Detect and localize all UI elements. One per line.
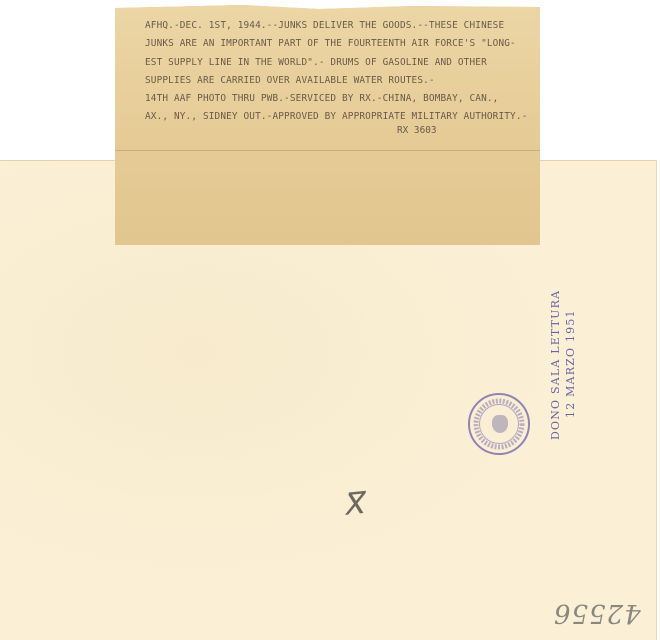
donation-stamp-line1: DONO SALA LETTURA — [548, 290, 563, 440]
pencil-mark: ⴳ — [341, 486, 365, 523]
round-seal-stamp — [468, 393, 530, 455]
caption-line-5: 14th AAF PHOTO THRU PWB.-SERVICED BY RX.… — [145, 93, 498, 104]
caption-line-1: AFHQ.-DEC. 1st, 1944.--JUNKS DELIVER THE… — [145, 20, 504, 31]
caption-line-6: AX., NY., SIDNEY OUT.-APPROVED BY APPROP… — [145, 111, 527, 122]
caption-line-3: EST SUPPLY LINE IN THE WORLD".- DRUMS OF… — [145, 57, 487, 68]
caption-reference: RX 3603 — [397, 125, 437, 136]
donation-stamp-line2: 12 MARZO 1951 — [563, 290, 578, 440]
caption-slip: AFHQ.-DEC. 1st, 1944.--JUNKS DELIVER THE… — [115, 5, 540, 245]
inventory-number: 42556 — [553, 598, 641, 628]
caption-text: AFHQ.-DEC. 1st, 1944.--JUNKS DELIVER THE… — [145, 17, 535, 127]
donation-stamp: DONO SALA LETTURA 12 MARZO 1951 — [548, 290, 578, 440]
caption-line-4: SUPPLIES ARE CARRIED OVER AVAILABLE WATE… — [145, 75, 435, 86]
fold-line — [115, 150, 540, 151]
seal-lettering-icon — [470, 395, 528, 453]
caption-line-2: JUNKS ARE AN IMPORTANT PART OF THE FOURT… — [145, 38, 516, 49]
